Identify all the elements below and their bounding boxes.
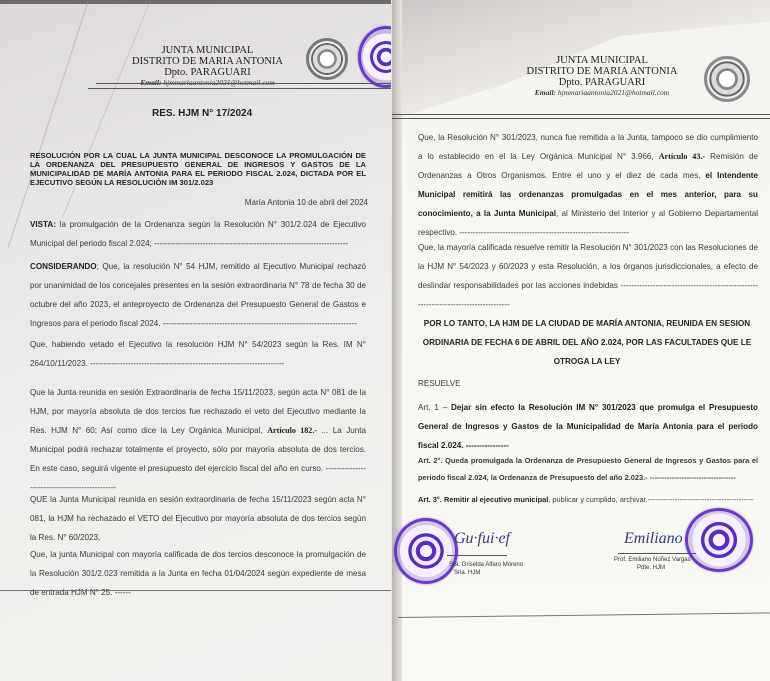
considerando-label: CONSIDERANDO xyxy=(30,262,97,271)
por-lo-tanto-heading: POR LO TANTO, LA HJM DE LA CIUDAD DE MAR… xyxy=(422,314,752,371)
desconoce-paragraph: Que, la junta Municipal con mayoría cali… xyxy=(30,545,366,602)
resolution-number: RES. HJM N° 17/2024 xyxy=(152,108,252,119)
letterhead: JUNTA MUNICIPAL DISTRITO DE MARIA ANTONI… xyxy=(507,55,697,97)
vista-paragraph: VISTA: la promulgación de la Ordenanza s… xyxy=(30,215,366,253)
president-stamp-icon xyxy=(685,508,753,572)
secretary-name: Sra. Griselda Alfaro Moreno xyxy=(449,561,523,569)
que-junta-paragraph: QUE la Junta Municipal reunida en sesión… xyxy=(30,490,366,547)
resolution-heading: RESOLUCIÓN POR LA CUAL LA JUNTA MUNICIPA… xyxy=(30,151,366,187)
header-rule xyxy=(392,118,770,119)
considerando-paragraph: CONSIDERANDO; Que, la resolución N° 54 H… xyxy=(30,257,366,333)
article-43: Artículo 43.- xyxy=(659,152,705,161)
art3-bold: Art. 3°. Remitir al ejecutivo municipal xyxy=(418,495,548,504)
art1-label: Art. 1 – xyxy=(418,403,451,412)
vista-label: VISTA: xyxy=(30,220,56,229)
header-rule xyxy=(88,88,391,89)
header-rule xyxy=(392,114,770,115)
president-name: Prof. Emiliano Núñez Vargas xyxy=(614,556,691,564)
letterhead-line-1: JUNTA MUNICIPAL xyxy=(507,55,697,66)
junta-text-b: ... La Junta Municipal podrá rechazar to… xyxy=(30,426,366,492)
article-1: Art. 1 – Dejar sin efecto la Resolución … xyxy=(418,398,758,455)
letterhead-line-3: Dpto. PARAGUARI xyxy=(507,77,697,88)
letterhead-line-3: Dpto. PARAGUARI xyxy=(120,67,295,78)
email-value: hjmmariaantonia2021@hotmail.com xyxy=(558,88,669,97)
president-role: Pdte. HJM xyxy=(637,564,665,572)
junta-paragraph: Que la Junta reunida en sesión Extraordi… xyxy=(30,383,366,497)
art3-rest: , publicar y cumplido, archivar.--------… xyxy=(548,495,753,504)
letterhead: JUNTA MUNICIPAL DISTRITO DE MARIA ANTONI… xyxy=(120,45,295,87)
article-3: Art. 3°. Remitir al ejecutivo municipal,… xyxy=(418,490,758,509)
photo-edge-shadow xyxy=(392,0,402,681)
letterhead-email: Email: hjmmariaantonia2021@hotmail.com xyxy=(507,88,697,97)
veto-paragraph: Que, habiendo vetado el Ejecutivo la res… xyxy=(30,335,366,373)
header-rule xyxy=(96,83,391,84)
municipal-stamp-icon xyxy=(358,26,391,88)
president-signature: Emiliano xyxy=(624,530,683,548)
resuelve-label: RESUELVE xyxy=(418,374,461,393)
document-photo-page-1: JUNTA MUNICIPAL DISTRITO DE MARIA ANTONI… xyxy=(0,0,391,681)
secretary-role: Sria. HJM xyxy=(454,569,480,577)
vista-text: la promulgación de la Ordenanza según la… xyxy=(30,220,366,248)
mayoria-paragraph: Que, la mayoría calificada resuelve remi… xyxy=(418,238,758,314)
article-182: Artículo 182.- xyxy=(267,426,317,435)
letterhead-line-1: JUNTA MUNICIPAL xyxy=(120,45,295,56)
article-2: Art. 2°. Queda promulgada la Ordenanza d… xyxy=(418,452,758,486)
resolucion-301-paragraph: Que, la Resolución N° 301/2023, nunca fu… xyxy=(418,128,758,242)
letterhead-line-2: DISTRITO DE MARIA ANTONIA xyxy=(120,56,295,67)
considerando-text: ; Que, la resolución N° 54 HJM, remitido… xyxy=(30,262,366,328)
president-signature-line xyxy=(618,553,698,554)
secretary-stamp-icon xyxy=(394,518,458,584)
national-seal-icon xyxy=(306,38,348,80)
art1-text: Dejar sin efecto la Resolución IM N° 301… xyxy=(418,403,758,450)
document-photo-page-2: JUNTA MUNICIPAL DISTRITO DE MARIA ANTONI… xyxy=(392,0,770,681)
secretary-signature: Gu·fui·ef xyxy=(454,530,510,548)
secretary-signature-line xyxy=(447,555,507,556)
page-bottom-rule xyxy=(398,612,770,618)
page-bottom-rule xyxy=(0,590,391,591)
letterhead-line-2: DISTRITO DE MARIA ANTONIA xyxy=(507,66,697,77)
place-date: María Antonia 10 de abril del 2024 xyxy=(228,193,368,212)
national-seal-icon xyxy=(704,56,750,102)
email-label: Email: xyxy=(535,88,556,97)
